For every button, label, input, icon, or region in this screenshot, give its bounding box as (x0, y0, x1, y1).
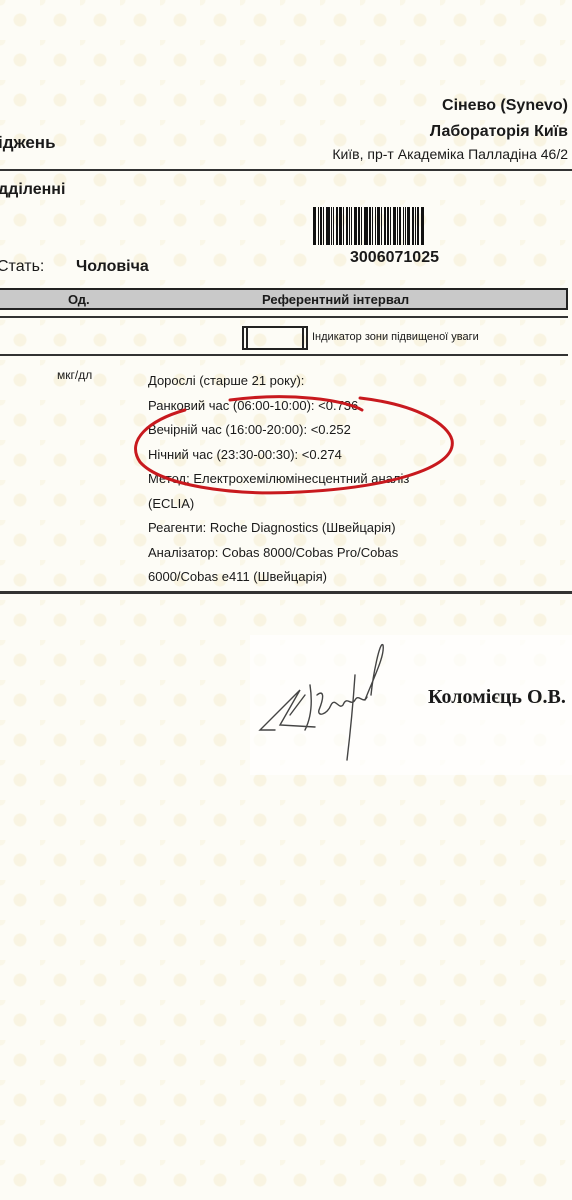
reference-line: Реагенти: Roche Diagnostics (Швейцарія) (148, 516, 409, 541)
reference-line: Дорослі (старше 21 року): (148, 369, 409, 394)
divider (0, 591, 572, 594)
header-reference: Референтний інтервал (262, 292, 409, 307)
reference-interval: Дорослі (старше 21 року): Ранковий час (… (148, 369, 409, 590)
divider (0, 354, 568, 356)
laboratory-address: Київ, пр-т Академіка Палладіна 46/2 (332, 146, 568, 162)
reference-line: Ранковий час (06:00-10:00): <0.736 (148, 394, 409, 419)
barcode-icon (313, 207, 458, 245)
barcode-number: 3006071025 (350, 249, 439, 267)
sex-label: Стать: (0, 258, 44, 276)
document-title: іджень (0, 133, 56, 153)
reference-line: (ECLIA) (148, 492, 409, 517)
reference-line: 6000/Cobas e411 (Швейцарія) (148, 565, 409, 590)
reference-line: Метод: Електрохемілюмінесцентний аналіз (148, 467, 409, 492)
attention-indicator-icon (242, 326, 308, 350)
signature-icon (255, 635, 425, 765)
reference-line: Нічний час (23:30-00:30): <0.274 (148, 443, 409, 468)
divider (0, 316, 568, 318)
department-label: дділенні (0, 181, 65, 199)
signer-name: Коломієць О.В. (428, 686, 566, 709)
table-header: Од. Референтний інтервал (0, 288, 568, 310)
header-unit: Од. (68, 292, 90, 307)
sex-value: Чоловіча (76, 258, 149, 276)
divider (0, 169, 572, 171)
indicator-legend: Індикатор зони підвищеної уваги (312, 331, 479, 343)
laboratory-city: Лабораторія Київ (430, 123, 568, 141)
laboratory-name: Сінево (Synevo) (442, 97, 568, 115)
result-unit: мкг/дл (57, 368, 92, 382)
reference-line: Вечірній час (16:00-20:00): <0.252 (148, 418, 409, 443)
reference-line: Аналізатор: Cobas 8000/Cobas Pro/Cobas (148, 541, 409, 566)
